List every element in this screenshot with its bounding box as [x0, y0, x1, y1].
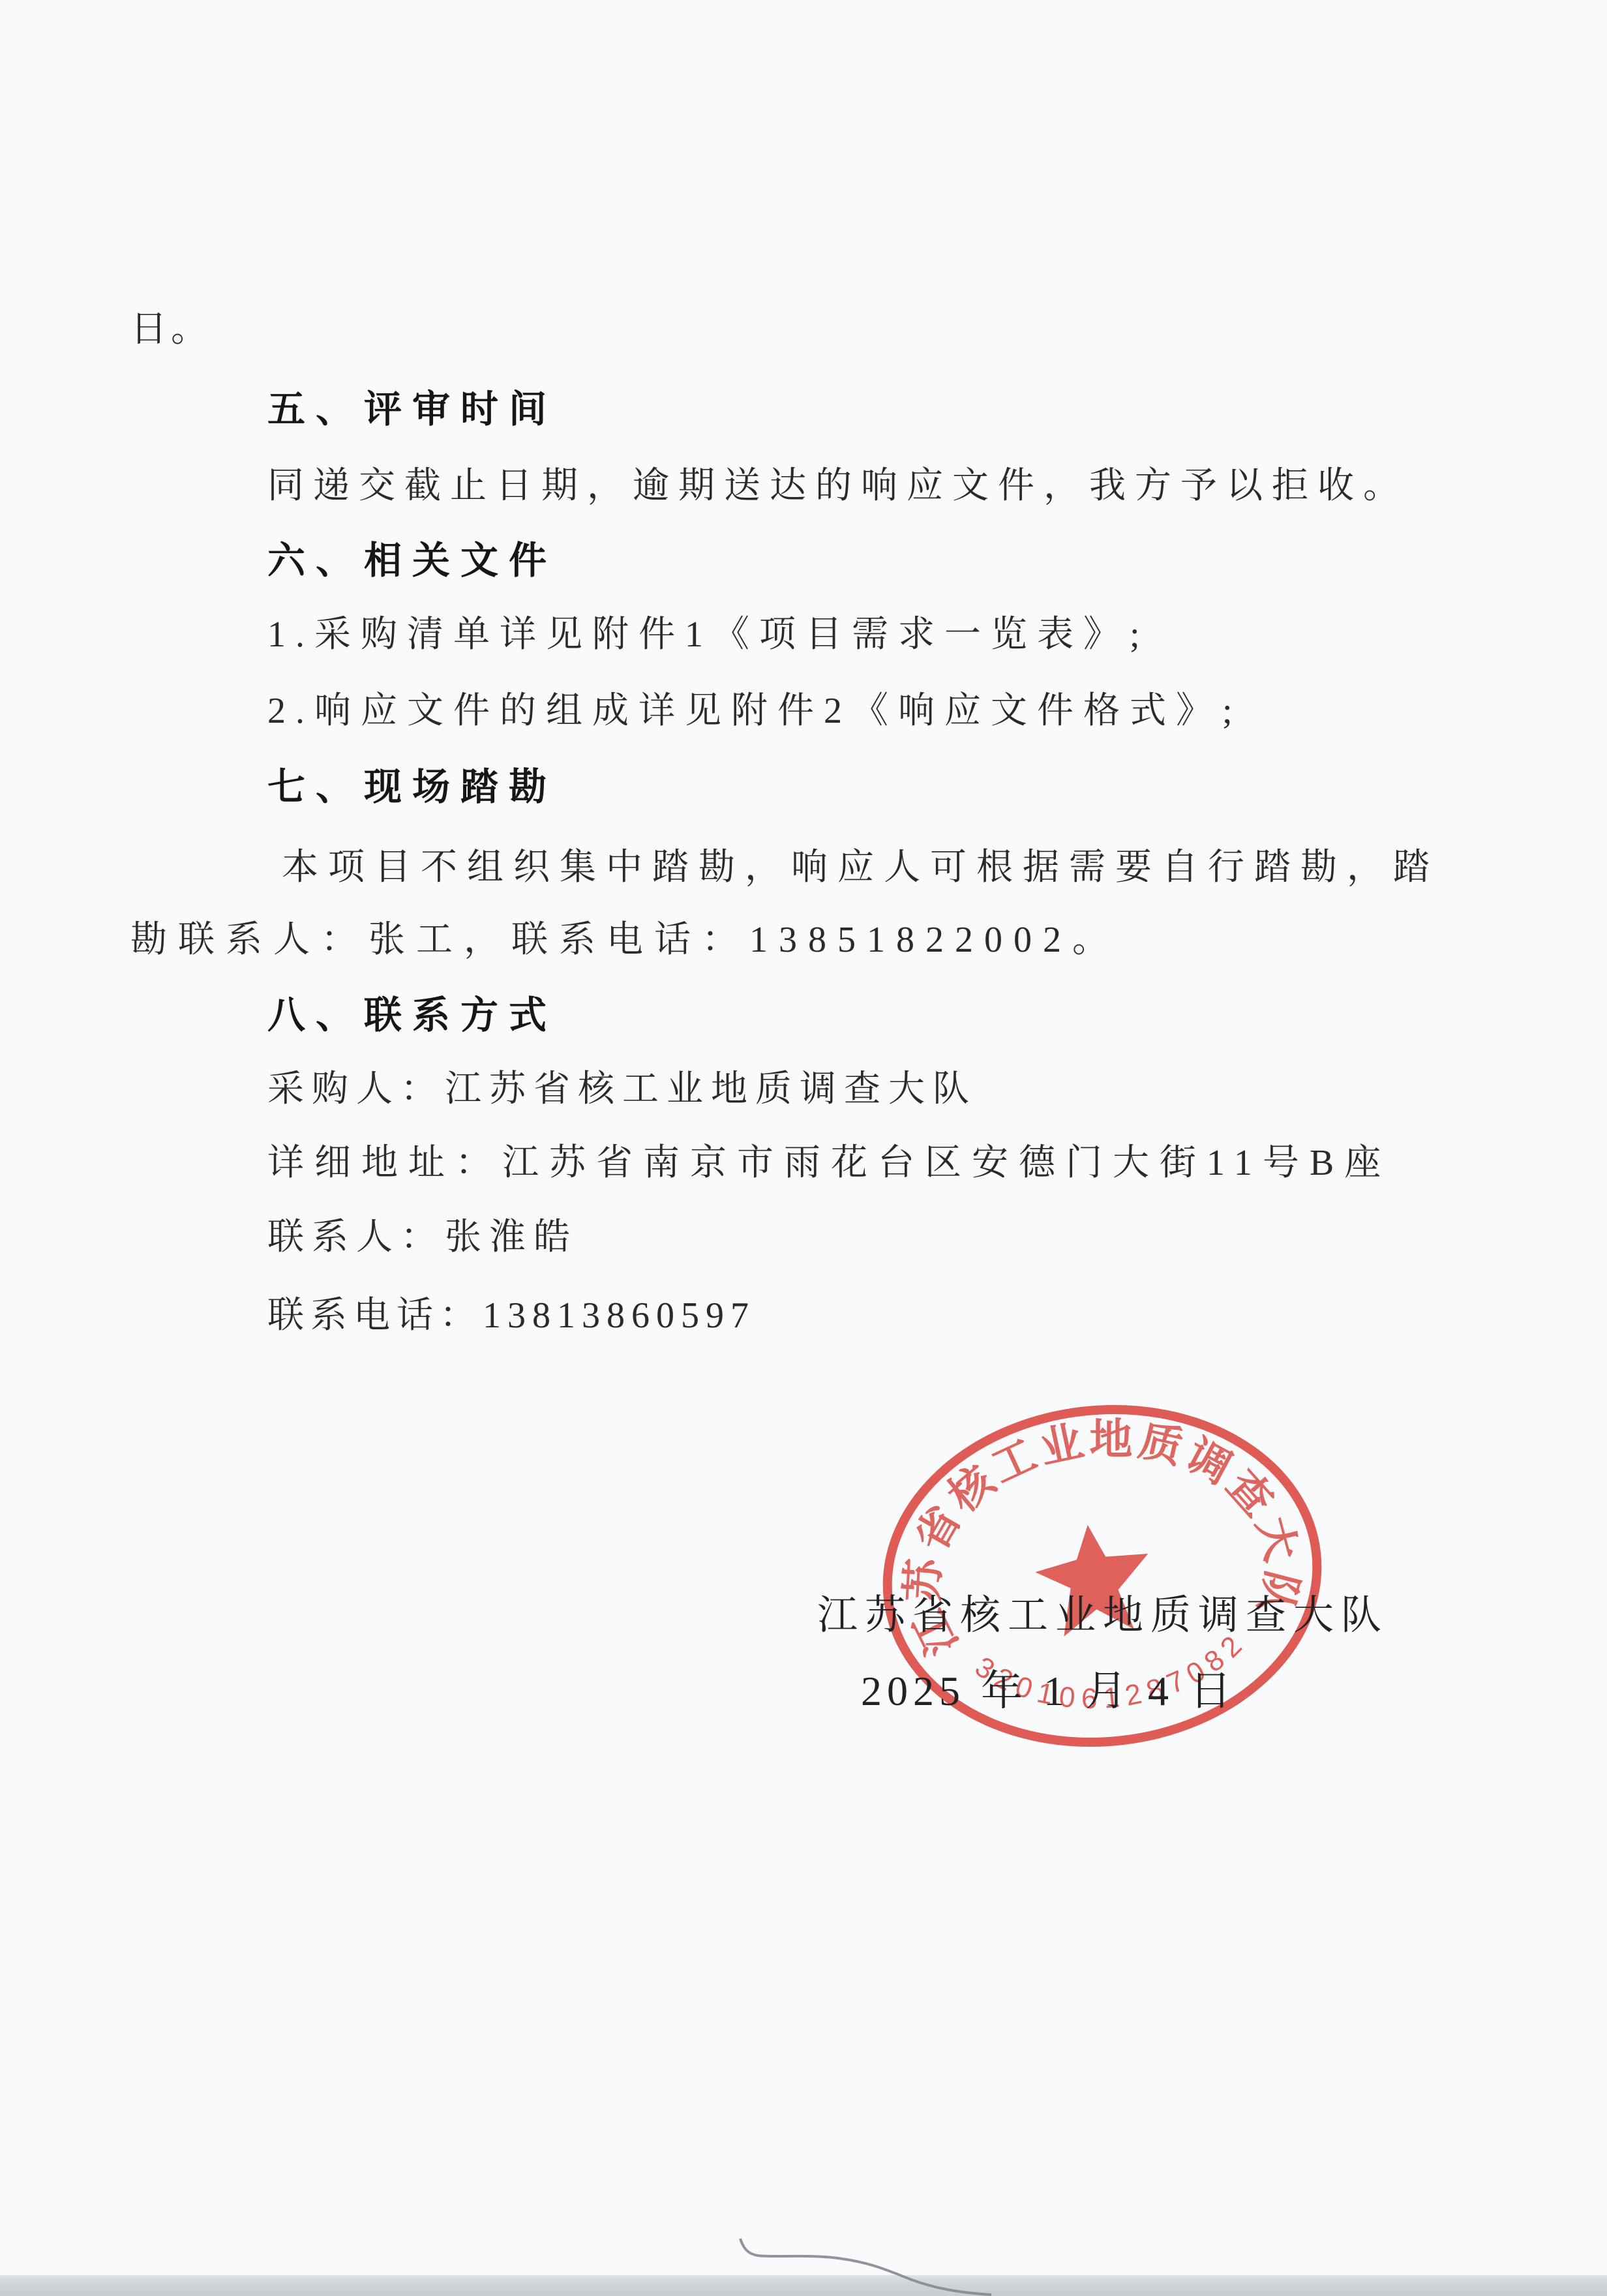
signature-organization: 江苏省核工业地质调查大队: [817, 1595, 1389, 1636]
paragraph-line: 本项目不组织集中踏勘，响应人可根据需要自行踏勘，踏: [282, 849, 1439, 886]
paragraph-line: 勘联系人：张工，联系电话：13851822002。: [130, 922, 1120, 958]
list-item: 2.响应文件的组成详见附件2《响应文件格式》;: [267, 693, 1242, 729]
contact-address-line: 详细地址：江苏省南京市雨花台区安德门大街11号B座: [267, 1145, 1391, 1181]
section-heading-6: 六、相关文件: [267, 542, 557, 580]
paragraph-line: 同递交截止日期，逾期送达的响应文件，我方予以拒收。: [267, 468, 1409, 504]
signature-date: 2025 年 1 月 4 日: [861, 1670, 1237, 1712]
document-page: 日。 五、评审时间 同递交截止日期，逾期送达的响应文件，我方予以拒收。 六、相关…: [0, 0, 1607, 2296]
paragraph-continuation-line: 日。: [130, 311, 211, 348]
section-heading-5: 五、评审时间: [267, 391, 557, 429]
list-item: 1.采购清单详见附件1《项目需求一览表》;: [267, 616, 1150, 653]
contact-person-line: 联系人：张淮皓: [267, 1219, 578, 1256]
contact-phone-line: 联系电话：13813860597: [267, 1297, 755, 1334]
contact-purchaser-line: 采购人：江苏省核工业地质调查大队: [267, 1071, 977, 1108]
section-heading-8: 八、联系方式: [267, 997, 557, 1035]
scan-hair-artifact: [717, 2228, 1044, 2296]
section-heading-7: 七、现场踏勘: [267, 768, 557, 806]
